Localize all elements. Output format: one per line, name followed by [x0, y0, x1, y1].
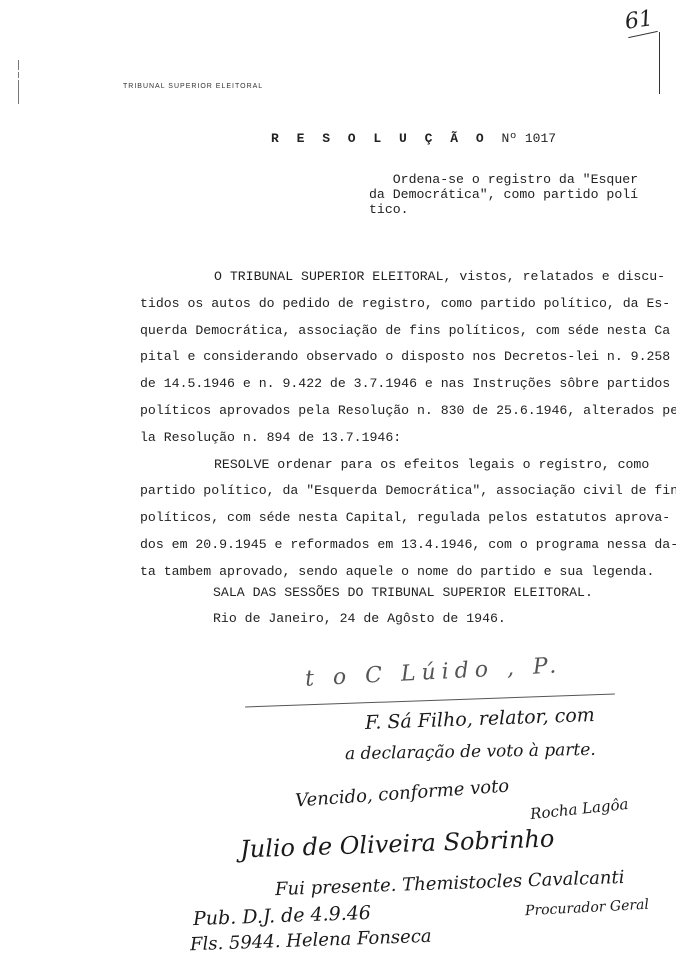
- ementa-line: Ordena-se o registro da "Esquer: [369, 172, 638, 187]
- body-line: RESOLVE ordenar para os efeitos legais o…: [140, 452, 640, 479]
- body-line: políticos, com séde nesta Capital, regul…: [140, 505, 640, 532]
- vote-note: Vencido, conforme voto: [295, 776, 510, 812]
- ementa: Ordena-se o registro da "Esquerda Democr…: [369, 172, 638, 217]
- body-line: pital e considerando observado o dispost…: [140, 344, 640, 371]
- ementa-line: da Democrática", como partido polí: [369, 187, 638, 202]
- margin-rule-left: [18, 60, 19, 70]
- place-date-line: Rio de Janeiro, 24 de Agôsto de 1946.: [213, 606, 593, 632]
- publication-note-line2: Fls. 5944. Helena Fonseca: [190, 926, 432, 955]
- relator-note-line2: a declaração de voto à parte.: [345, 740, 596, 764]
- resolution-body: O TRIBUNAL SUPERIOR ELEITORAL, vistos, r…: [140, 264, 640, 586]
- ementa-line: tico.: [369, 202, 638, 217]
- body-line: tidos os autos do pedido de registro, co…: [140, 291, 640, 318]
- margin-rule-left: [18, 80, 19, 104]
- resolution-number: Nº 1017: [501, 131, 556, 146]
- body-line: O TRIBUNAL SUPERIOR ELEITORAL, vistos, r…: [140, 264, 640, 291]
- letterhead: TRIBUNAL SUPERIOR ELEITORAL: [123, 83, 263, 90]
- margin-rule-right: [659, 32, 660, 94]
- folio-number: 61: [623, 6, 654, 35]
- body-line: políticos aprovados pela Resolução n. 83…: [140, 398, 640, 425]
- signature-president: t o C Lúido , P.: [305, 653, 563, 691]
- resolution-label: R E S O L U Ç Ã O: [271, 131, 489, 146]
- procurador-note: Fui presente. Themistocles Cavalcanti: [275, 867, 625, 900]
- body-line: querda Democrática, associação de fins p…: [140, 318, 640, 345]
- body-line: la Resolução n. 894 de 13.7.1946:: [140, 425, 640, 452]
- resolution-title: R E S O L U Ç Ã O Nº 1017: [271, 131, 556, 146]
- margin-rule-left: [18, 72, 19, 78]
- session-line: SALA DAS SESSÕES DO TRIBUNAL SUPERIOR EL…: [213, 580, 593, 606]
- vote-note-signature: Rocha Lagôa: [529, 795, 629, 823]
- closing-block: SALA DAS SESSÕES DO TRIBUNAL SUPERIOR EL…: [213, 580, 593, 632]
- document-page: 61 TRIBUNAL SUPERIOR ELEITORAL R E S O L…: [0, 0, 676, 958]
- procurador-title: Procurador Geral: [525, 897, 650, 919]
- body-line: dos em 20.9.1945 e reformados em 13.4.19…: [140, 532, 640, 559]
- publication-note-line1: Pub. D.J. de 4.9.46: [193, 902, 372, 930]
- body-line: de 14.5.1946 e n. 9.422 de 3.7.1946 e na…: [140, 371, 640, 398]
- signature-julio: Julio de Oliveira Sobrinho: [240, 825, 555, 864]
- body-line: partido político, da "Esquerda Democráti…: [140, 478, 640, 505]
- relator-note-line1: F. Sá Filho, relator, com: [365, 704, 595, 734]
